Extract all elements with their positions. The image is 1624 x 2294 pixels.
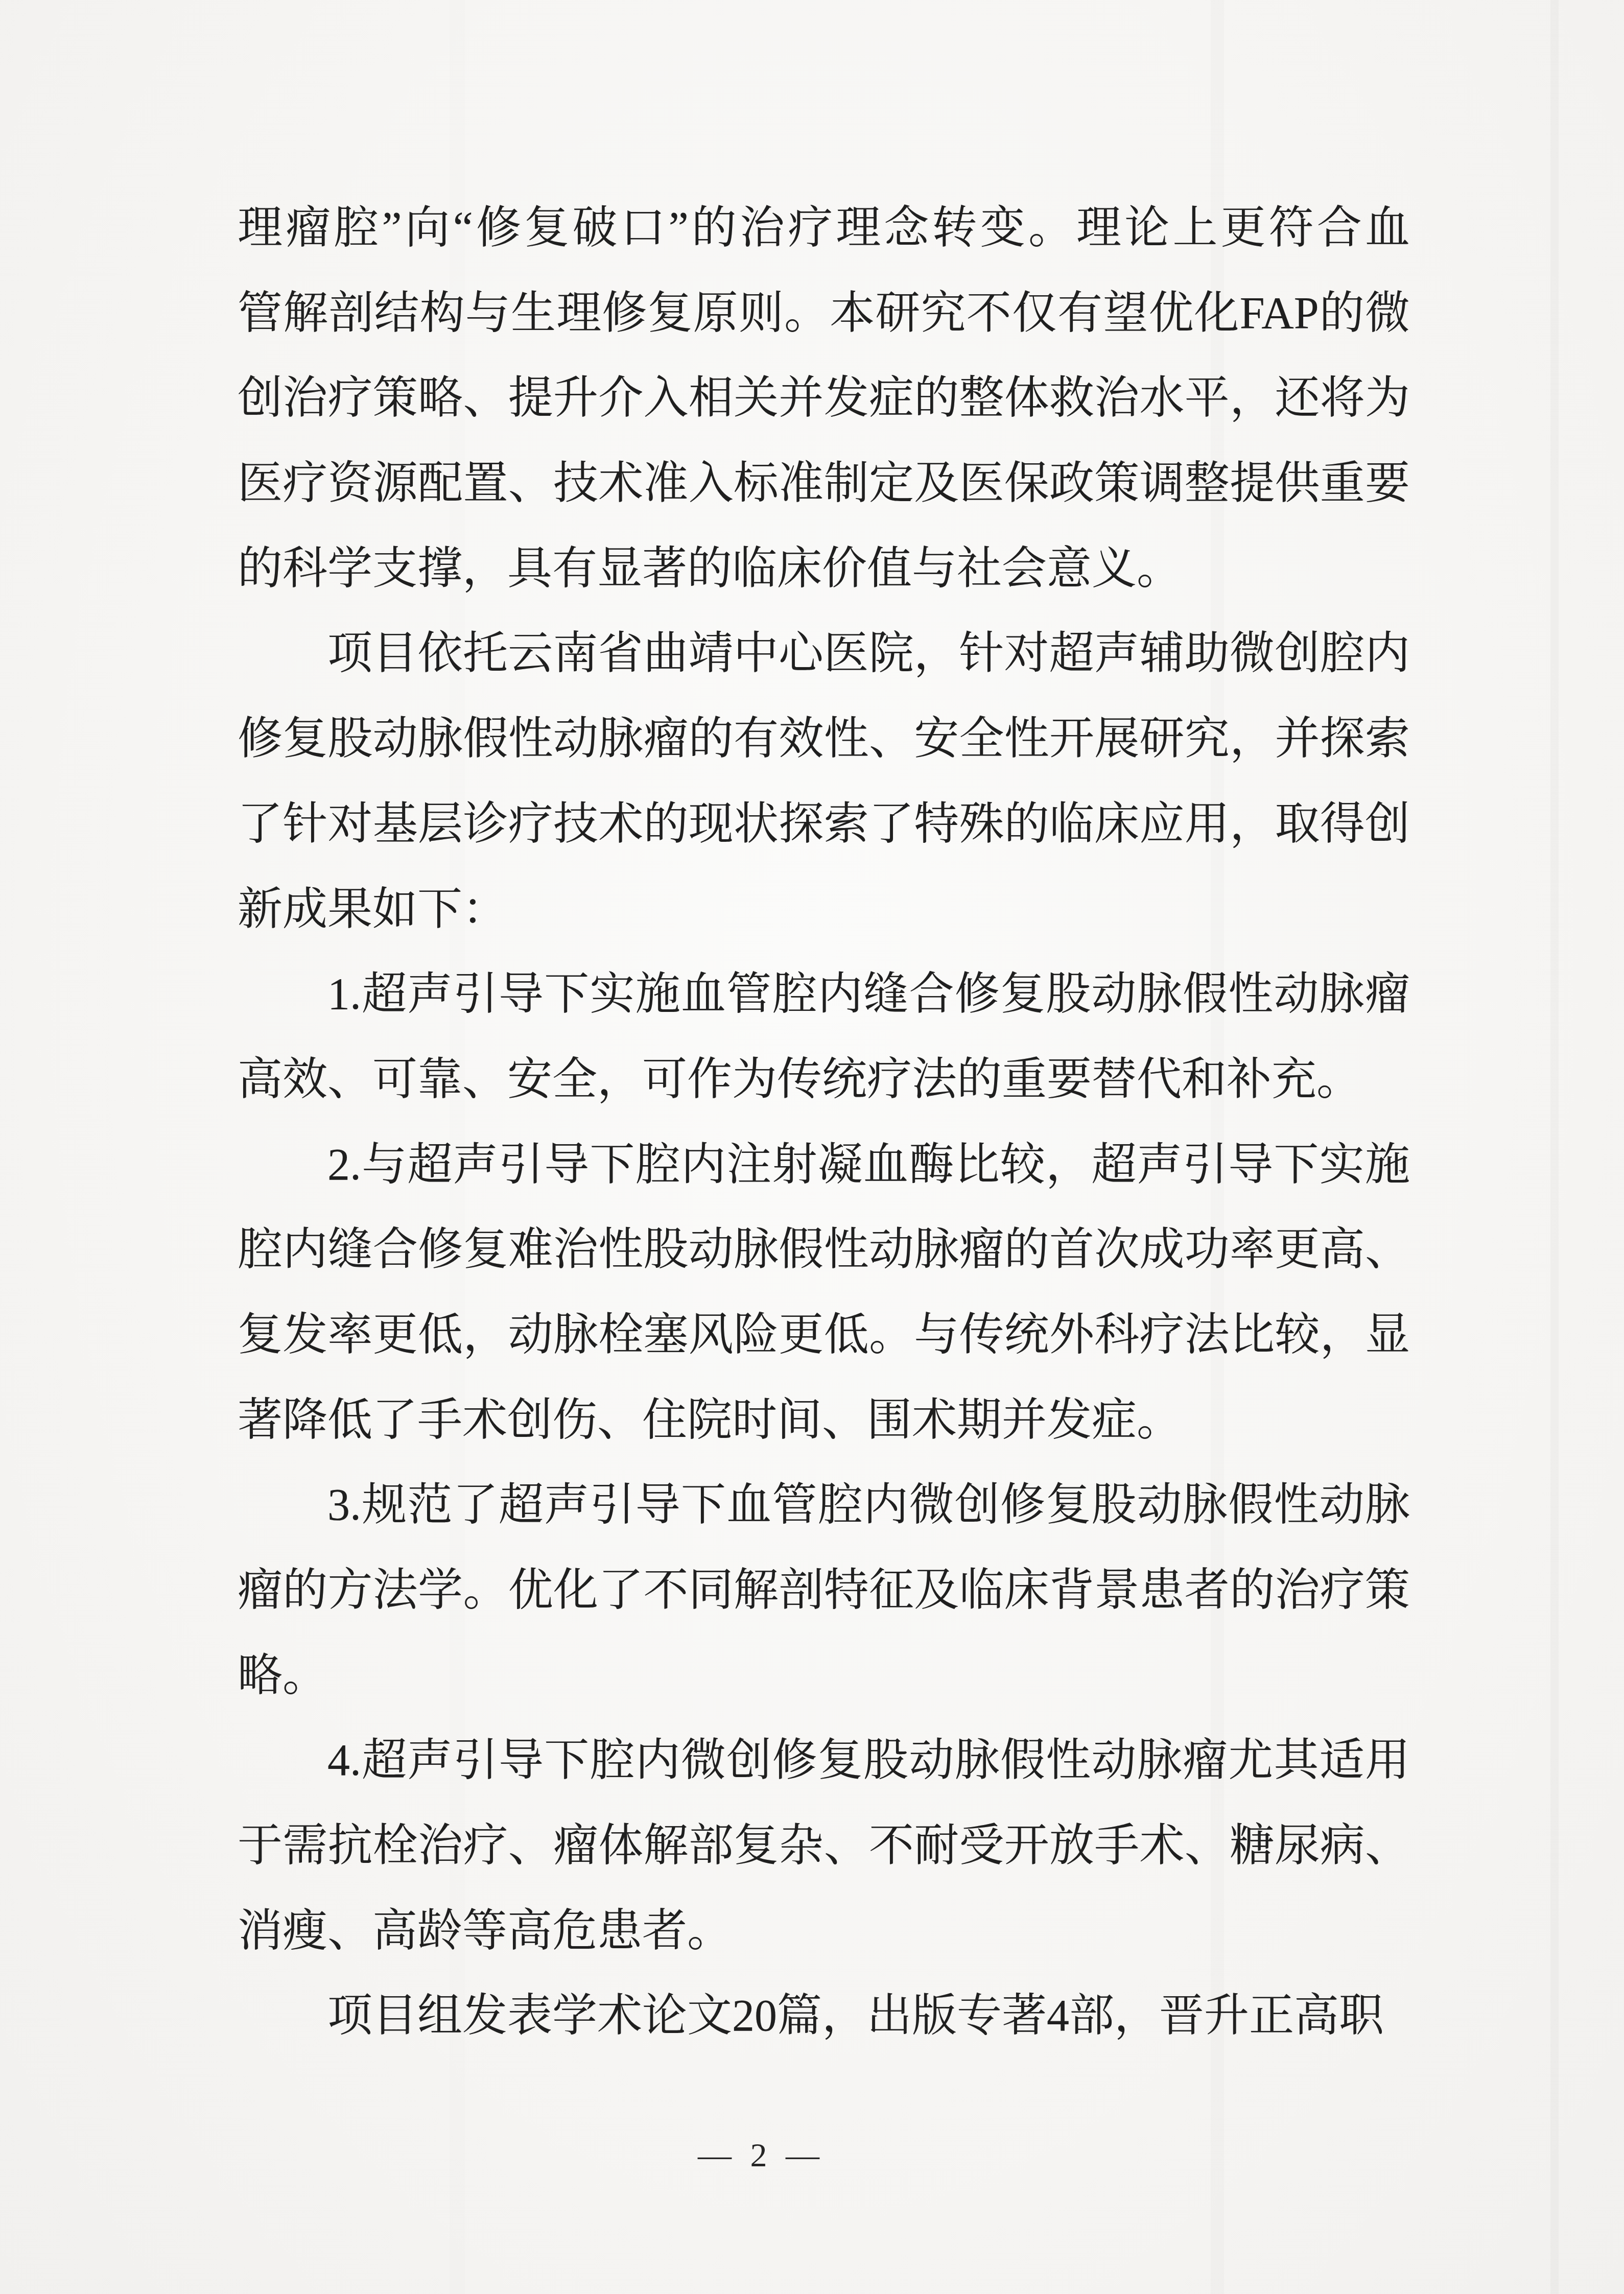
- text-line: 创治疗策略、提升介入相关并发症的整体救治水平，还将为: [238, 356, 1410, 441]
- text-line: 3.规范了超声引导下血管腔内微创修复股动脉假性动脉: [238, 1463, 1410, 1548]
- page-footer: — 2 —: [582, 2133, 940, 2179]
- text-line: 消瘦、高龄等高危患者。: [238, 1889, 1410, 1974]
- text-line: 管解剖结构与生理修复原则。本研究不仅有望优化FAP的微: [238, 271, 1410, 357]
- text-line: 于需抗栓治疗、瘤体解部复杂、不耐受开放手术、糖尿病、: [238, 1804, 1410, 1889]
- page-number: — 2 —: [698, 2137, 825, 2174]
- text-line: 复发率更低，动脉栓塞风险更低。与传统外科疗法比较，显: [238, 1293, 1410, 1378]
- document-page: 理瘤腔”向“修复破口”的治疗理念转变。理论上更符合血 管解剖结构与生理修复原则。…: [0, 0, 1624, 2294]
- text-line: 修复股动脉假性动脉瘤的有效性、安全性开展研究，并探索: [238, 697, 1410, 782]
- text-line: 2.与超声引导下腔内注射凝血酶比较，超声引导下实施: [238, 1123, 1410, 1208]
- text-line: 的科学支撑，具有显著的临床价值与社会意义。: [238, 527, 1410, 612]
- text-line: 了针对基层诊疗技术的现状探索了特殊的临床应用，取得创: [238, 782, 1410, 867]
- text-line: 腔内缝合修复难治性股动脉假性动脉瘤的首次成功率更高、: [238, 1208, 1410, 1293]
- text-line: 项目组发表学术论文20篇，出版专著4部，晋升正高职: [238, 1974, 1410, 2059]
- text-line: 新成果如下：: [238, 867, 1410, 953]
- scan-streak: [1550, 0, 1559, 2294]
- text-line: 著降低了手术创伤、住院时间、围术期并发症。: [238, 1378, 1410, 1463]
- text-line: 理瘤腔”向“修复破口”的治疗理念转变。理论上更符合血: [238, 186, 1410, 271]
- text-line: 项目依托云南省曲靖中心医院，针对超声辅助微创腔内: [238, 611, 1410, 697]
- text-line: 1.超声引导下实施血管腔内缝合修复股动脉假性动脉瘤: [238, 952, 1410, 1037]
- text-line: 医疗资源配置、技术准入标准制定及医保政策调整提供重要: [238, 441, 1410, 527]
- document-body: 理瘤腔”向“修复破口”的治疗理念转变。理论上更符合血 管解剖结构与生理修复原则。…: [238, 186, 1410, 2059]
- text-line: 高效、可靠、安全，可作为传统疗法的重要替代和补充。: [238, 1037, 1410, 1123]
- text-line: 4.超声引导下腔内微创修复股动脉假性动脉瘤尤其适用: [238, 1718, 1410, 1804]
- text-line: 略。: [238, 1634, 1410, 1719]
- text-line: 瘤的方法学。优化了不同解剖特征及临床背景患者的治疗策: [238, 1548, 1410, 1634]
